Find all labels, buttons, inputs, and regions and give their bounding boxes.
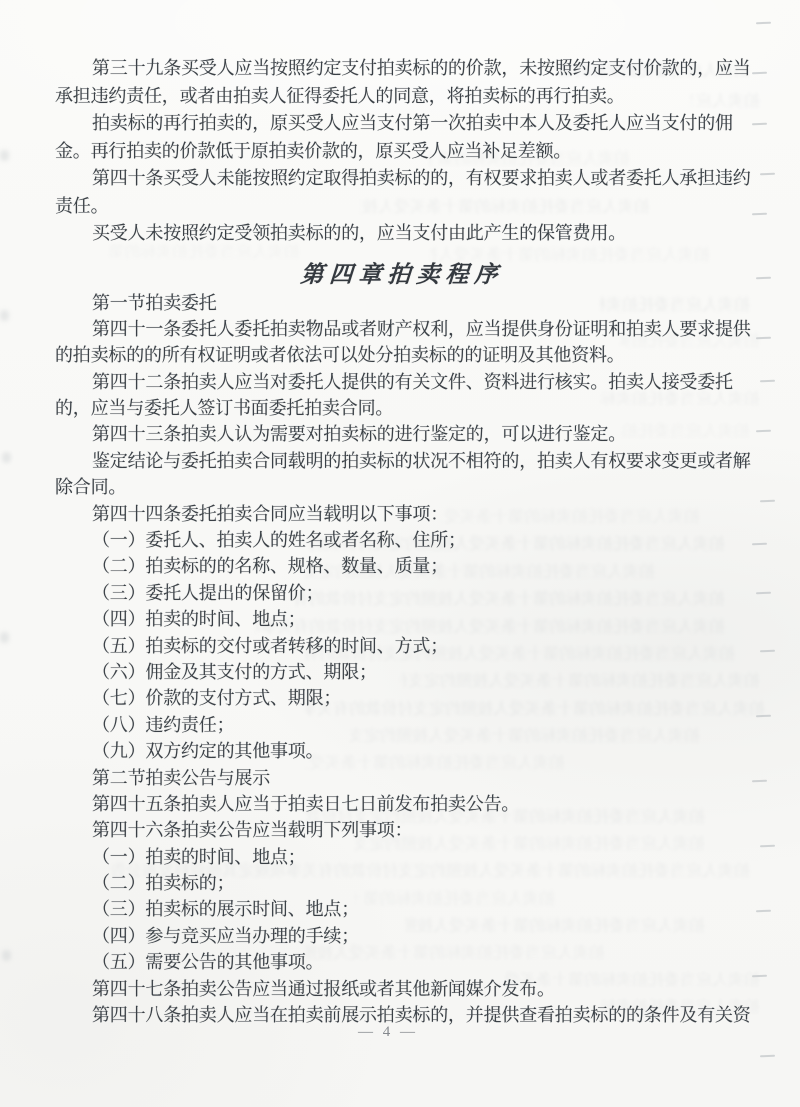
text-line: （九）双方约定的其他事项。 [55, 738, 749, 764]
scan-artifact-blob [0, 150, 9, 161]
scan-artifact-dash [752, 72, 767, 75]
page-text: 第三十九条买受人应当按照约定支付拍卖标的的价款，未按照约定支付价款的，应当承担违… [55, 55, 749, 1028]
text-line: （二）拍卖标的； [55, 870, 749, 896]
text-line: 的，应当与委托人签订书面委托拍卖合同。 [55, 395, 749, 421]
text-line: （三）委托人提出的保留价； [55, 580, 749, 606]
scan-artifact-blob [2, 452, 11, 463]
scan-artifact-dash [752, 975, 767, 978]
text-line: 第四十七条拍卖公告应当通过报纸或者其他新闻媒介发布。 [55, 976, 749, 1002]
scan-artifact-dash [760, 650, 775, 653]
text-line: 责任。 [55, 193, 749, 221]
scan-artifact-dash [756, 277, 771, 280]
scan-artifact-dash [756, 715, 771, 718]
text-line: 第三十九条买受人应当按照约定支付拍卖标的的价款，未按照约定支付价款的，应当 [55, 55, 749, 83]
scan-artifact-dash [756, 337, 771, 340]
scan-artifact-dash [760, 845, 775, 848]
scan-artifact-dash [756, 430, 771, 433]
text-line: （五）需要公告的其他事项。 [55, 949, 749, 975]
text-line: （三）拍卖标的展示时间、地点； [55, 896, 749, 922]
scan-artifact-blob [0, 310, 9, 321]
text-line: 第四十一条委托人委托拍卖物品或者财产权利，应当提供身份证明和拍卖人要求提供 [55, 316, 749, 342]
text-line: 鉴定结论与委托拍卖合同载明的拍卖标的状况不相符的，拍卖人有权要求变更或者解 [55, 448, 749, 474]
scan-artifact-blob [0, 632, 9, 643]
text-line: 的拍卖标的的所有权证明或者依法可以处分拍卖标的的证明及其他资料。 [55, 342, 749, 368]
text-line: 金。再行拍卖的价款低于原拍卖价款的，原买受人应当补足差额。 [55, 138, 749, 166]
text-line: 第四十三条拍卖人认为需要对拍卖标的进行鉴定的，可以进行鉴定。 [55, 421, 749, 447]
text-line: （二）拍卖标的的名称、规格、数量、质量； [55, 553, 749, 579]
text-line: （八）违约责任； [55, 712, 749, 738]
page-number: — 4 — [41, 1024, 735, 1041]
scanned-page: 拍卖人应当委托拍卖标的第十条买受人按照约定支付价款的有关事项规定其他资料发布公告… [0, 0, 800, 1107]
scan-artifact-dash [760, 380, 775, 383]
text-line: 买受人未按照约定受领拍卖标的的，应当支付由此产生的保管费用。 [55, 220, 749, 248]
text-line: 拍卖标的再行拍卖的，原买受人应当支付第一次拍卖中本人及委托人应当支付的佣 [55, 110, 749, 138]
scan-artifact-dash [756, 910, 771, 913]
text-line: 第四十五条拍卖人应当于拍卖日七日前发布拍卖公告。 [55, 791, 749, 817]
text-line: 第二节拍卖公告与展示 [55, 765, 749, 791]
text-line: 第一节拍卖委托 [55, 290, 749, 316]
scan-artifact-dash [756, 22, 771, 25]
scan-artifact-dash [752, 780, 767, 783]
text-line: （四）拍卖的时间、地点； [55, 606, 749, 632]
text-line: （一）委托人、拍卖人的姓名或者名称、住所； [55, 527, 749, 553]
text-line: （七）价款的支付方式、期限； [55, 685, 749, 711]
text-line: （六）佣金及其支付的方式、期限； [55, 659, 749, 685]
text-line: （五）拍卖标的交付或者转移的时间、方式； [55, 633, 749, 659]
scan-artifact-dash [752, 543, 767, 546]
scan-artifact-dash [752, 213, 767, 216]
text-line: 第四十四条委托拍卖合同应当载明以下事项： [55, 501, 749, 527]
text-line: 第四十六条拍卖公告应当载明下列事项： [55, 817, 749, 843]
chapter-heading: 第四章拍卖程序 [54, 260, 750, 290]
scan-artifact-dash [760, 1055, 775, 1058]
text-line: （一）拍卖的时间、地点； [55, 844, 749, 870]
scan-artifact-dash [752, 123, 767, 126]
text-line: （四）参与竞买应当办理的手续； [55, 923, 749, 949]
scan-artifact-dash [756, 592, 771, 595]
scan-artifact-dash [760, 500, 775, 503]
text-line: 承担违约责任，或者由拍卖人征得委托人的同意，将拍卖标的再行拍卖。 [55, 83, 749, 111]
scan-artifact-blob [2, 950, 11, 961]
scan-artifact-dash [760, 173, 775, 176]
text-line: 第四十二条拍卖人应当对委托人提供的有关文件、资料进行核实。拍卖人接受委托 [55, 369, 749, 395]
text-line: 除合同。 [55, 474, 749, 500]
text-line: 第四十条买受人未能按照约定取得拍卖标的的，有权要求拍卖人或者委托人承担违约 [55, 165, 749, 193]
